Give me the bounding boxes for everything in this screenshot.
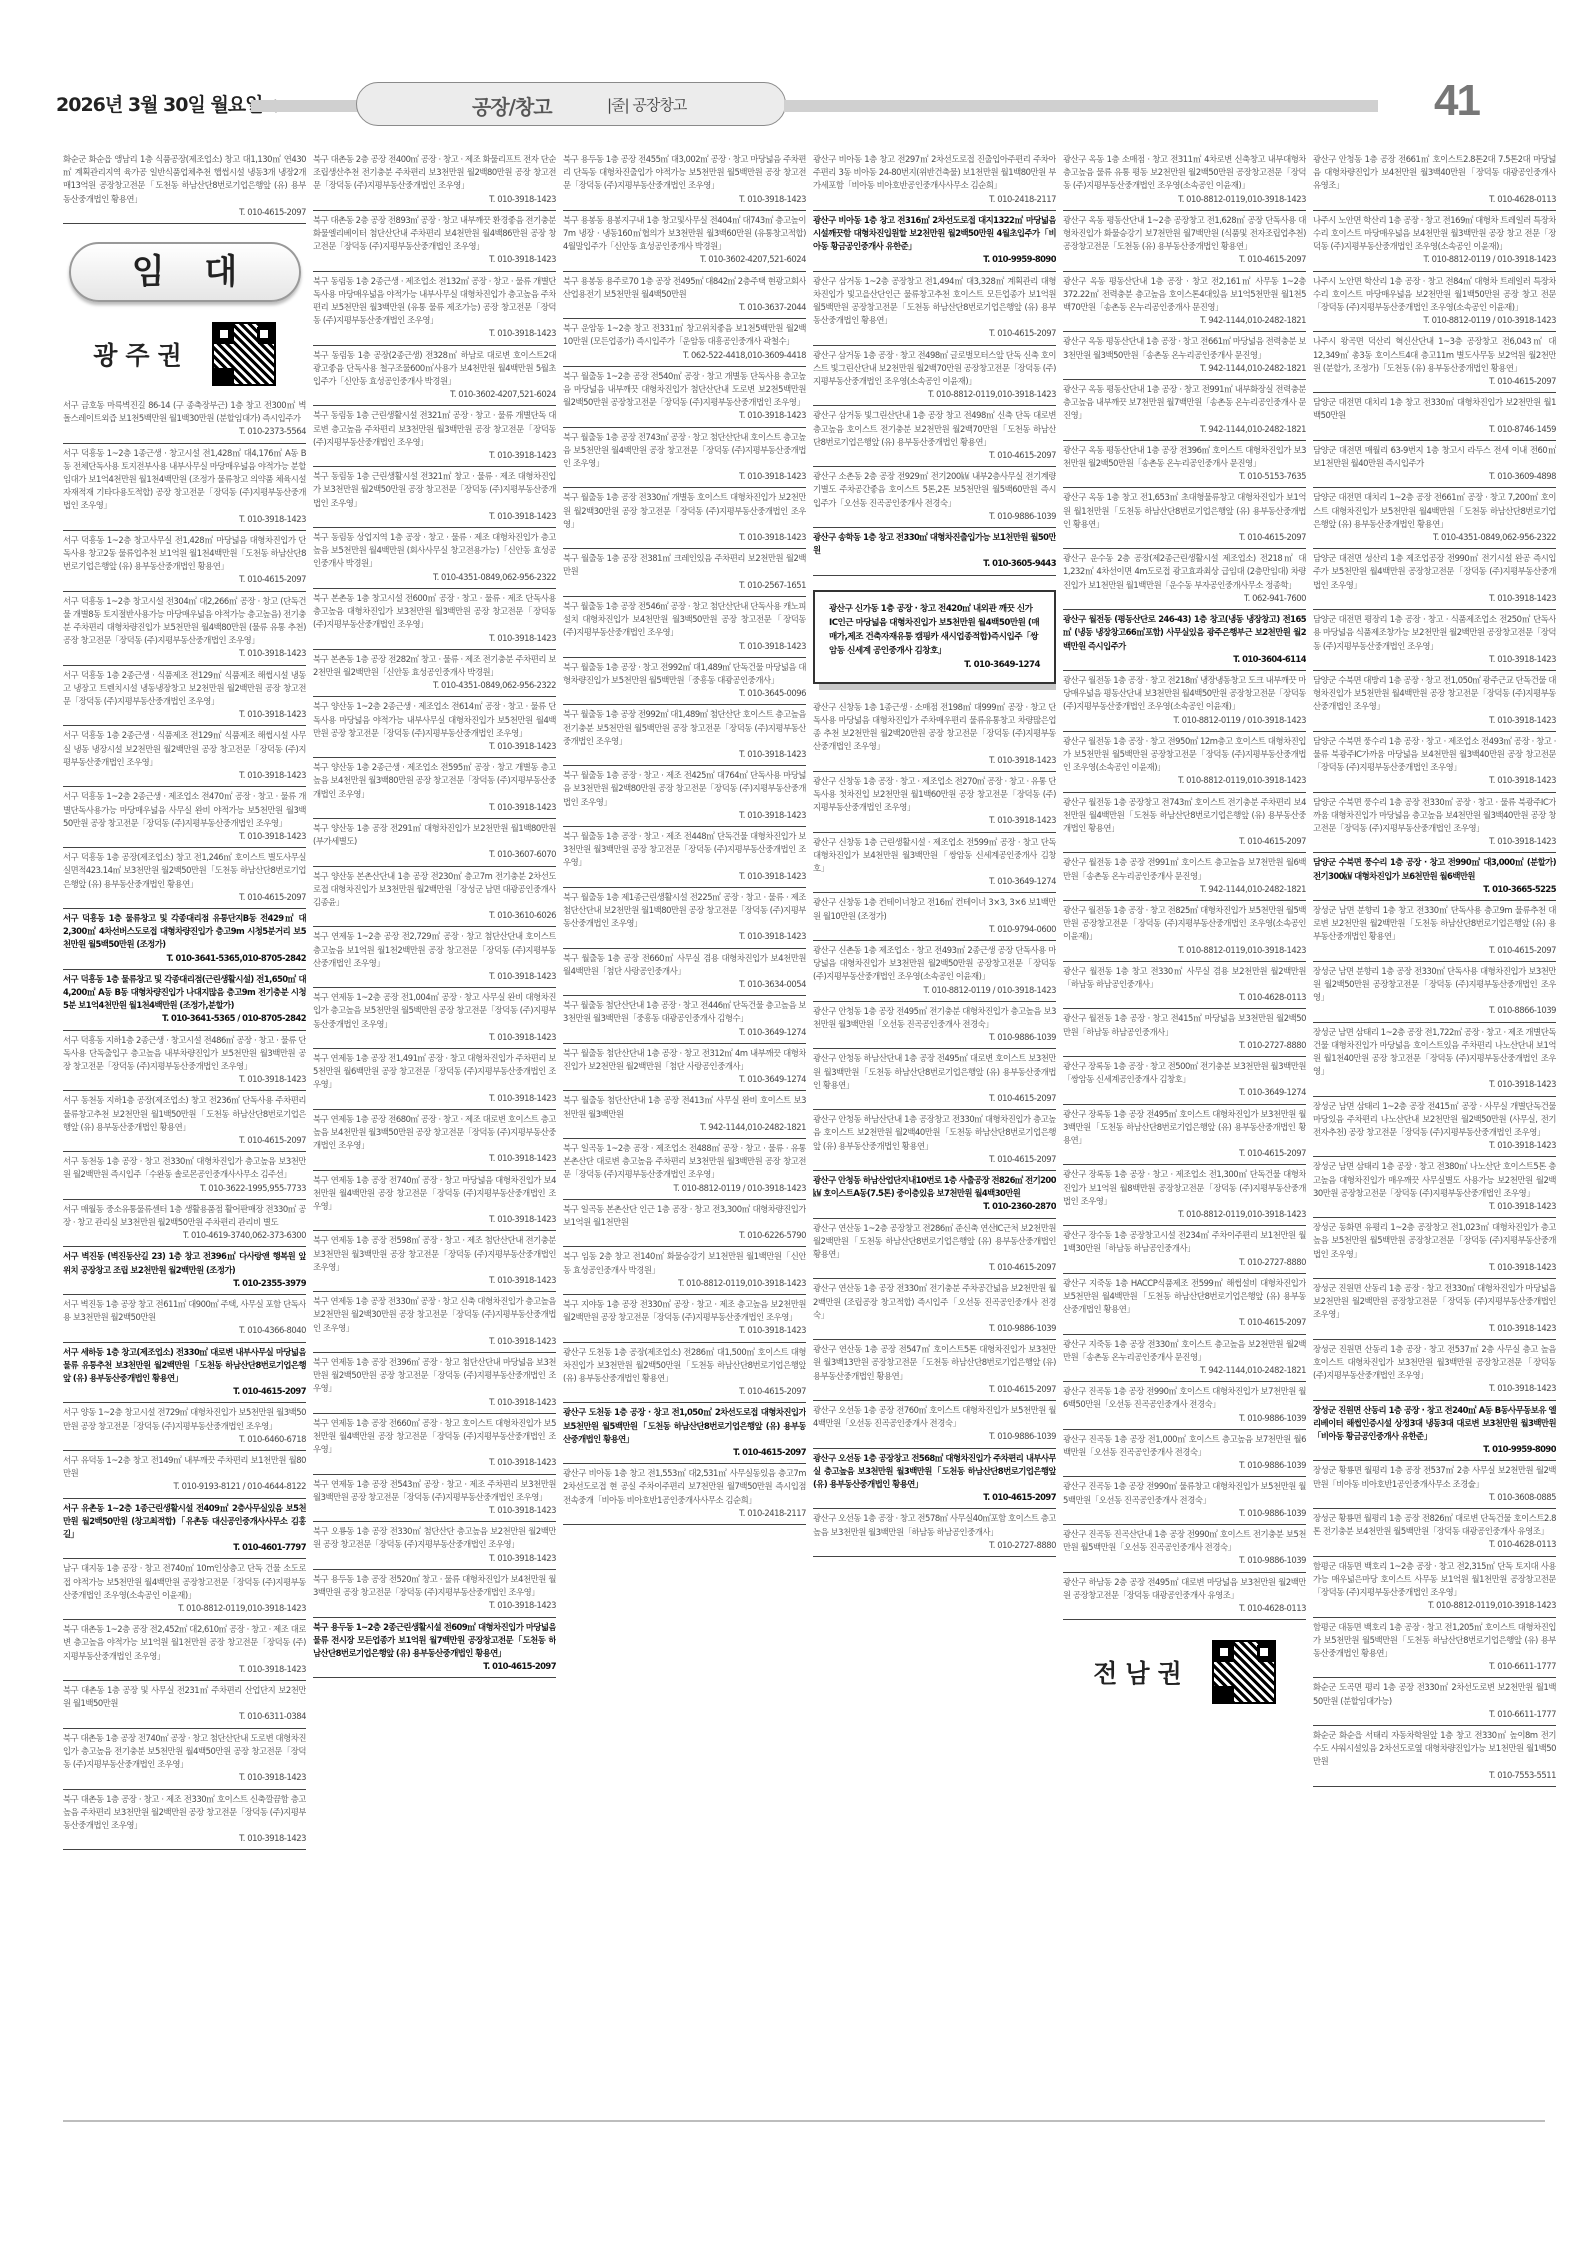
section-pill: 공장/창고 |줄| 공장창고 <box>356 82 786 126</box>
ad-phone: T. 010-3918-1423 <box>63 1771 306 1784</box>
ad-phone: T. 010-3641-5365,010-8705-2842 <box>63 952 306 965</box>
ad-text: 북구 동림동 1층 공장(2종근생) 전328㎡ 하남로 대로변 호이스트2대 … <box>313 350 556 386</box>
ad-phone: T. 010-2418-2117 <box>563 1507 806 1520</box>
ad-phone: T. 010-9886-1039 <box>1063 1507 1306 1520</box>
classified-ad: 광산구 신촌동 1층 제조업소 · 창고 전493㎡ 2종근생 공장 단독사용 … <box>813 941 1056 1002</box>
ad-text: 광산구 옥동 평동산단내 1~2층 공장창고 전1,628㎡ 공장 단독사용 대… <box>1063 215 1306 251</box>
ad-text: 서구 벽진동 1층 공장 창고 전611㎡ 대900㎡ 주택, 사무실 포함 단… <box>63 1299 306 1322</box>
classified-ad: 북구 동림동 상업지역 1층 공장 · 창고 · 물류 · 제조 대형차진입가 … <box>313 528 556 589</box>
classified-ad: 담양군 대전면 대치리 1층 창고 전330㎡ 대형차진입가 보2천만원 월1백… <box>1313 393 1556 441</box>
ad-text: 북구 연제동 1층 공장 전680㎡ 공장 · 창고 · 제조 대로변 호이스트… <box>313 1114 556 1150</box>
classified-ad: 북구 용봉동 용주로70 1층 공장 전495㎡ 대842㎡ 2층주택 현광고회… <box>563 272 806 320</box>
classified-ad: 북구 양산동 본촌산단내 1층 공장 전230㎡ 층고7m 전기충분 2차선도로… <box>313 867 556 928</box>
classified-ad: 광산구 삼거동 빛그린산단내 1층 공장 창고 전498㎡ 신축 단독 대로변 … <box>813 406 1056 467</box>
ad-phone: T. 010-2567-1651 <box>563 579 806 592</box>
ad-phone: T. 942-1144,010-2482-1821 <box>563 1121 806 1134</box>
classified-ad: 북구 연제동 1층 공장 전330㎡ 공장 · 창고 신축 대형차진입가 층고높… <box>313 1292 556 1353</box>
classified-ad: 광산구 진곡동 1층 공장 전990㎡ 호이스트 대형차진입가 보7천만원 월6… <box>1063 1382 1306 1430</box>
classified-ad: 광산구 연산동 1층 공장 전330㎡ 전기충분 주차공간넓음 보2천만원 월2… <box>813 1279 1056 1340</box>
ad-phone: T. 010-3649-1274 <box>829 658 1040 672</box>
ad-text: 광산구 옥동 1층 창고 전1,653㎡ 초대형물류창고 대형차진입가 보1억원… <box>1063 492 1306 528</box>
classified-ad: 북구 연제동 1층 공장 전660㎡ 공장 · 창고 호이스트 대형차진입가 보… <box>313 1414 556 1475</box>
ad-phone: T. 010-8812-0119,010-3918-1423 <box>1313 1599 1556 1612</box>
classified-ad: 북구 연제동 1~2층 공장 전1,004㎡ 공장 · 창고 사무실 완비 대형… <box>313 988 556 1049</box>
ad-phone: T. 010-4615-2097 <box>813 449 1056 462</box>
classified-ad: 광산구 비아동 1층 창고 전1,553㎡ 대2,531㎡ 사무실동있음 층고7… <box>563 1464 806 1525</box>
ad-text: 광산구 송학동 1층 창고 전330㎡ 대형차진출입가능 보1천만원 월50만원 <box>813 532 1056 555</box>
ad-phone: T. 010-3649-1274 <box>563 1026 806 1039</box>
classified-ad: 광산구 비아동 1층 창고 전297㎡ 2차선도로접 진출입아주편리 주차아주편… <box>813 150 1056 211</box>
classified-ad: 담양군 대전면 대치리 1~2층 공장 전661㎡ 공장 · 창고 7,200㎡… <box>1313 488 1556 549</box>
ad-text: 장성군 남면 분향리 1층 창고 전330㎡ 단독사용 층고9m 물류추천 대로… <box>1313 905 1556 941</box>
ad-phone: T. 010-3605-9443 <box>813 557 1056 570</box>
ad-text: 담양군 대전면 대치리 1~2층 공장 전661㎡ 공장 · 창고 7,200㎡… <box>1313 492 1556 528</box>
classified-ad: 북구 용두동 1~2층 2종근린생활시설 전609㎡ 대형차진입가 마당넓음 물… <box>313 1618 556 1679</box>
ad-text: 담양군 수북면 대방리 1층 공장 · 창고 전1,050㎡ 광주근교 단독건물… <box>1313 675 1556 711</box>
ad-text: 북구 오룡동 1층 공장 전330㎡ 첨단산단 층고높음 보2천만원 월2백만원… <box>313 1526 556 1549</box>
ad-text: 광산구 장수동 1층 공장창고시설 전234㎡ 주차이주편리 보1천만원 월1백… <box>1063 1230 1306 1253</box>
classified-ad: 북구 월출동 1층 공장 전743㎡ 공장 · 창고 첨단산단내 호이스트 층고… <box>563 428 806 489</box>
ad-text: 북구 대촌동 2층 공장 전400㎡ 공장 · 창고 · 제조 화물리프트 전자… <box>313 154 556 190</box>
ad-text: 서구 동천동 1층 공장 · 창고 전330㎡ 대형차진입가 층고높음 보3천만… <box>63 1156 306 1179</box>
region-name: 전남권 <box>1093 1654 1189 1690</box>
ad-phone: T. 010-3918-1423 <box>313 1396 556 1409</box>
ad-text: 함평군 대동면 백호리 1층 공장 · 창고 전1,205㎡ 호이스트 대형차진… <box>1313 1622 1556 1658</box>
qr-code-icon[interactable] <box>1212 1640 1276 1704</box>
classified-ad: 남구 대지동 1층 공장 · 창고 전740㎡ 10m인상층고 단독 건물 소도… <box>63 1559 306 1620</box>
ad-phone: T. 942-1144,010-2482-1821 <box>1063 883 1306 896</box>
ad-text: 북구 일곡동 본촌산단 인근 1층 공장 · 창고 전3,300㎡ 대형차량진입… <box>563 1204 806 1227</box>
classified-ad: 장성군 진원면 산동리 1층 공장 · 창고 전537㎡ 2층 사무실 층고 높… <box>1313 1340 1556 1401</box>
classified-ad: 북구 대촌동 1층 공장 및 사무실 전231㎡ 주차편리 산업단지 보2천만원… <box>63 1681 306 1729</box>
classified-ad: 북구 본촌동 1층 창고시설 전600㎡ 공장 · 창고 · 물류 · 제조 단… <box>313 589 556 650</box>
classified-ad: 나주시 왕곡면 덕산리 혁신산단내 1~3층 공장창고 전6,043㎡ 대12,… <box>1313 332 1556 393</box>
classified-ad: 광산구 도천동 1층 공장 · 창고 전1,050㎡ 2차선도로접 대형차진입가… <box>563 1403 806 1464</box>
ad-phone: T. 010-6226-5790 <box>563 1229 806 1242</box>
ad-phone: T. 010-4619-3740,062-373-6300 <box>63 1229 306 1242</box>
ad-phone: T. 010-3918-1423 <box>313 1213 556 1226</box>
ad-text: 북구 월출동 1층 제1종근린생활시설 전225㎡ 공장 · 창고 · 물류 ·… <box>563 892 806 928</box>
ad-phone: T. 010-3918-1423 <box>1313 1322 1556 1335</box>
ad-phone: T. 010-3918-1423 <box>313 1456 556 1469</box>
classified-ad: 서구 유촌동 1~2층 1종근린생활시설 전409㎡ 2층사무실있음 보5천만원… <box>63 1499 306 1560</box>
ad-text: 함평군 대동면 백호리 1~2층 공장 · 창고 전2,315㎡ 단독 토지대 … <box>1313 1561 1556 1597</box>
classified-ad: 서구 덕흥동 1~2층 1종근생 · 창고시설 전1,428㎡ 대4,176㎡ … <box>63 444 306 531</box>
ad-phone: T. 010-4615-2097 <box>1063 531 1306 544</box>
classified-ad: 광산구 옥동 평동산단내 1층 공장 · 창고 전991㎡ 내부화장실 전력충분… <box>1063 380 1306 441</box>
classified-ad: 광산구 송학동 1층 창고 전330㎡ 대형차진출입가능 보1천만원 월50만원… <box>813 528 1056 576</box>
ad-phone: T. 010-3918-1423 <box>1313 1382 1556 1395</box>
classified-ad: 광산구 하남동 2층 공장 전495㎡ 대로변 마당넓음 보3천만원 월2백만원… <box>1063 1573 1306 1621</box>
classified-ad: 서구 유덕동 1~2층 창고 전149㎡ 내부깨끗 주차편리 보1천만원 월80… <box>63 1451 306 1499</box>
region-header-jeonnam: 전남권 <box>1063 1634 1306 1710</box>
classified-ad: 장성군 남면 삼태리 1~2층 공장 전1,722㎡ 공장 · 창고 · 제조 … <box>1313 1023 1556 1097</box>
ad-text: 북구 지야동 1층 공장 전330㎡ 공장 · 창고 · 제조 층고높음 보2천… <box>563 1299 806 1322</box>
ad-phone: T. 010-3918-1423 <box>563 193 806 206</box>
classified-ad: 북구 연제동 1층 공장 전1,491㎡ 공장 · 창고 대형차진입가 주차편리… <box>313 1049 556 1110</box>
classified-ad: 북구 연제동 1층 공장 전680㎡ 공장 · 창고 · 제조 대로변 호이스트… <box>313 1110 556 1171</box>
ad-phone: T. 010-2727-8880 <box>1063 1256 1306 1269</box>
ad-text: 장성군 황룡면 월평리 1층 공장 전537㎡ 2층 사무실 보2천만원 월2백… <box>1313 1465 1556 1488</box>
ad-text: 광산구 도천동 1층 공장 · 창고 전1,050㎡ 2차선도로접 대형차진입가… <box>563 1407 806 1443</box>
classified-ad: 서구 동천동 지하1층 공장(제조업소) 창고 전236㎡ 단독사용 주차편리 … <box>63 1091 306 1152</box>
qr-code-icon[interactable] <box>212 322 276 386</box>
ad-text: 서구 덕흥동 1층 물류창고 및 각종대리점 유통단지B동 전429㎡ 대2,3… <box>63 913 306 949</box>
classified-ad: 담양군 수북면 풍수리 1층 공장 전330㎡ 공장 · 창고 · 물류 북광주… <box>1313 793 1556 854</box>
ad-phone: T. 010-5153-7635 <box>1063 470 1306 483</box>
ad-text: 북구 월출동 1~2층 공장 전540㎡ 공장 · 창고 개별동 단독사용 층고… <box>563 371 806 407</box>
ad-text: 담양군 수북면 풍수리 1층 공장 전330㎡ 공장 · 창고 · 물류 북광주… <box>1313 797 1556 833</box>
classified-ad: 광산구 옥동 1층 소매점 · 창고 전311㎡ 4차로변 신축창고 내부대형차… <box>1063 150 1306 211</box>
classified-ad: 광산구 도천동 1층 공장(제조업소) 전286㎡ 대1,500㎡ 호이스트 대… <box>563 1343 806 1404</box>
classified-ad: 담양군 수북면 풍수리 1층 공장 · 창고 · 제조업소 전493㎡ 공장 ·… <box>1313 732 1556 793</box>
lease-section-badge: 임 대 <box>69 242 301 302</box>
ad-text: 서구 동천동 지하1층 공장(제조업소) 창고 전236㎡ 단독사용 주차편리 … <box>63 1095 306 1131</box>
ad-text: 북구 용봉동 용봉지구내 1층 창고및사무실 전404㎡ 대743㎡ 층고높이7… <box>563 215 806 251</box>
classified-ad: 광산구 월전동 1층 공장 전991㎡ 호이스트 층고높음 보7천만원 월6백만… <box>1063 853 1306 901</box>
ad-phone: T. 010-4628-0113 <box>1313 193 1556 206</box>
classified-ad: 장성군 남면 삼태리 1층 공장 · 창고 전380㎡ 나노산단 호이스트5톤 … <box>1313 1157 1556 1218</box>
ad-phone: T. 010-8866-1039 <box>1313 1004 1556 1017</box>
ad-phone: T. 010-4615-2097 <box>813 327 1056 340</box>
ad-phone: T. 010-3918-1423 <box>313 1152 556 1165</box>
ad-phone: T. 010-3918-1423 <box>313 449 556 462</box>
ad-text: 광산구 지죽동 1층 공장 전330㎡ 호이스트 층고높음 보2천만원 월2백만… <box>1063 1339 1306 1362</box>
classified-ad: 북구 연제동 1층 공장 전598㎡ 공장 · 창고 · 제조 첨단산단내 전기… <box>313 1231 556 1292</box>
ad-text: 북구 연제동 1층 공장 전660㎡ 공장 · 창고 호이스트 대형차진입가 보… <box>313 1418 556 1454</box>
ad-phone: T. 942-1144,010-2482-1821 <box>1063 362 1306 375</box>
ad-text: 광산구 옥동 평동산단내 1층 공장 · 창고 전661㎡ 마당넓음 전력충분 … <box>1063 336 1306 359</box>
ad-text: 광산구 신창동 1층 1종근생 · 소매점 전198㎡ 대999㎡ 공장 · 창… <box>813 702 1056 752</box>
column-3: 북구 용두동 1층 공장 전455㎡ 대3,002㎡ 공장 · 창고 마당넓음 … <box>563 150 806 2100</box>
ad-phone: T. 010-3918-1423 <box>313 970 556 983</box>
ad-phone: T. 010-4601-7797 <box>63 1541 306 1554</box>
classified-ad: 북구 양산동 1층 2종근생 · 제조업소 전595㎡ 공장 · 창고 개별동 … <box>313 758 556 819</box>
ad-phone: T. 010-6611-1777 <box>1313 1660 1556 1673</box>
classified-ad: 광산구 옥동 평동산단내 1층 공장 · 창고 전661㎡ 마당넓음 전력충분 … <box>1063 332 1306 380</box>
ad-text: 북구 운암동 1~2층 창고 전331㎡ 창고위치좋음 보1천5백만원 월2백1… <box>563 323 806 346</box>
classified-ad: 북구 월출동 1~2층 공장 전540㎡ 공장 · 창고 개별동 단독사용 층고… <box>563 367 806 428</box>
ad-text: 남구 대지동 1층 공장 · 창고 전740㎡ 10m인상층고 단독 건물 소도… <box>63 1563 306 1599</box>
classified-ad: 북구 월출동 1층 공장 · 창고 · 제조 전448㎡ 단독건물 대형차진입가… <box>563 827 806 888</box>
classified-ad: 광산구 장수동 1층 공장창고시설 전234㎡ 주차이주편리 보1천만원 월1백… <box>1063 1226 1306 1274</box>
ad-phone: T. 010-3649-1274 <box>813 875 1056 888</box>
classified-ad: 광산구 월전동 (평동산단로 246-43) 1층 창고(냉동 냉장창고) 전1… <box>1063 610 1306 671</box>
ad-phone: T. 010-2418-2117 <box>813 193 1056 206</box>
ad-text: 광산구 신창동 1층 공장 · 창고 · 제조업소 전270㎡ 공장 · 창고 … <box>813 776 1056 812</box>
ad-phone: T. 010-4351-0849,062-956-2322 <box>1313 531 1556 544</box>
classified-ad: 광산구 옥동 평동산단내 1~2층 공장창고 전1,628㎡ 공장 단독사용 대… <box>1063 211 1306 272</box>
ad-phone: T. 010-3918-1423 <box>563 870 806 883</box>
classified-ad: 북구 일곡동 1~2층 공장 · 제조업소 전488㎡ 공장 · 창고 · 물류… <box>563 1139 806 1200</box>
ad-phone: T. 010-3918-1423 <box>1313 653 1556 666</box>
classified-ad: 북구 대촌동 1층 공장 · 창고 · 제조 전330㎡ 호이스트 신축깔끔함 … <box>63 1790 306 1851</box>
region-header-gwangju: 광주권 <box>63 316 306 392</box>
classified-ad: 북구 월출동 첨단산단내 1층 공장 · 창고 전446㎡ 단독건물 층고높음 … <box>563 996 806 1044</box>
ad-phone: T. 010-3918-1423 <box>63 1832 306 1845</box>
ad-phone: T. 010-8812-0119 / 010-3918-1423 <box>813 984 1056 997</box>
column-2: 북구 대촌동 2층 공장 전400㎡ 공장 · 창고 · 제조 화물리프트 전자… <box>313 150 556 2100</box>
column-4: 광산구 비아동 1층 창고 전297㎡ 2차선도로접 진출입아주편리 주차아주편… <box>813 150 1056 2100</box>
ad-text: 광산구 안청동 하남산단내 1층 공장 전495㎡ 대로변 호이스트 보3천만원… <box>813 1053 1056 1089</box>
ad-phone: T. 010-3918-1423 <box>63 708 306 721</box>
ad-phone: T. 010-4628-0113 <box>1063 991 1306 1004</box>
ad-phone: T. 942-1144,010-2482-1821 <box>1063 314 1306 327</box>
ad-phone: T. 010-3918-1423 <box>313 1092 556 1105</box>
classified-ad: 담양군 대전면 성산리 1층 제조업공장 전990㎡ 전기시설 완공 즉시입주가… <box>1313 549 1556 610</box>
classified-ad: 북구 월출동 1층 공장 · 창고 · 제조 전425㎡ 대764㎡ 단독사용 … <box>563 766 806 827</box>
ad-phone: T. 010-3918-1423 <box>563 409 806 422</box>
ad-text: 북구 동림동 상업지역 1층 공장 · 창고 · 물류 · 제조 대형차진입가 … <box>313 532 556 568</box>
classified-ad: 광산구 삼거동 1~2층 공장창고 전1,494㎡ 대3,328㎡ 계획관리 대… <box>813 272 1056 346</box>
ad-text: 북구 대촌동 1층 공장 및 사무실 전231㎡ 주차편리 산업단지 보2천만원… <box>63 1685 306 1708</box>
ad-phone: T. 010-4615-2097 <box>813 1092 1056 1105</box>
ad-text: 북구 동림동 1층 2종근생 · 제조업소 전132㎡ 공장 · 창고 · 물류… <box>313 276 556 326</box>
ad-phone: T. 010-3918-1423 <box>63 1663 306 1676</box>
ad-phone: T. 010-4615-2097 <box>1063 1316 1306 1329</box>
classified-ad: 서구 덕흥동 1~2층 창고사무실 전1,428㎡ 마당넓음 대형차진입가 단독… <box>63 531 306 592</box>
ad-text: 광산구 월전동 1층 공장 전991㎡ 호이스트 층고높음 보7천만원 월6백만… <box>1063 857 1306 880</box>
ad-phone: T. 010-8812-0119,010-3918-1423 <box>813 388 1056 401</box>
section-subtitle: |줄| 공장창고 <box>607 94 686 115</box>
ad-text: 광산구 월전동 1층 공장 · 창고 전825㎡ 대형차진입가 보5천만원 월5… <box>1063 905 1306 941</box>
ad-phone: T. 010-3918-1423 <box>1313 774 1556 787</box>
ad-text: 장성군 남면 삼태리 1~2층 공장 전415㎡ 공장 · 사무실 개별단독건물… <box>1313 1101 1556 1137</box>
classified-ad: 광산구 안청동 하남산단내 1층 공장 전495㎡ 대로변 호이스트 보3천만원… <box>813 1049 1056 1110</box>
classified-ad: 북구 월출동 1층 공장 전381㎡ 크레인있음 주차편리 보2천만원 월2백만… <box>563 549 806 597</box>
ad-phone: T. 010-8812-0119,010-3918-1423 <box>1063 193 1306 206</box>
ad-text: 담양군 대전면 성산리 1층 제조업공장 전990㎡ 전기시설 완공 즉시입주가… <box>1313 553 1556 589</box>
ad-text: 광산구 지죽동 1층 HACCP식품제조 전599㎡ 해썹설비 대형차진입가 보… <box>1063 1278 1306 1314</box>
ad-text: 광산구 연산동 1~2층 공장창고 전286㎡ 준신축 연산IC근처 보2천만원… <box>813 1223 1056 1259</box>
classified-ad: 북구 용두동 1층 공장 전520㎡ 창고 · 물류 대형차진입가 보4천만원 … <box>313 1570 556 1618</box>
classified-ad: 서구 세하동 1층 창고(제조업소) 전330㎡ 대로변 내부사무실 마당넓음 … <box>63 1343 306 1404</box>
classified-ad: 서구 양동 1~2층 창고시설 전729㎡ 대형차진입가 보5천만원 월3백50… <box>63 1403 306 1451</box>
ad-phone: T. 010-3918-1423 <box>63 830 306 843</box>
classified-ad: 북구 지야동 1층 공장 전330㎡ 공장 · 창고 · 제조 층고높음 보2천… <box>563 1295 806 1343</box>
ad-phone: T. 010-8812-0119,010-3918-1423 <box>563 1277 806 1290</box>
ad-text: 북구 연제동 1층 공장 전396㎡ 공장 · 창고 첨단산단내 마당넓음 보3… <box>313 1357 556 1393</box>
ad-phone: T. 010-3645-0096 <box>563 687 806 700</box>
ad-phone: T. 010-3641-5365 / 010-8705-2842 <box>63 1012 306 1025</box>
ad-text: 나주시 왕곡면 덕산리 혁신산단내 1~3층 공장창고 전6,043㎡ 대12,… <box>1313 336 1556 372</box>
classified-ad: 서구 덕흥동 지하1층 2종근생 · 창고시설 전486㎡ 공장 · 창고 · … <box>63 1031 306 1092</box>
ad-phone: T. 010-3610-6026 <box>313 909 556 922</box>
ad-phone: T. 010-3604-6114 <box>1063 653 1306 666</box>
ad-text: 북구 월출동 1층 공장 전660㎡ 사무실 겸용 대형차진입가 보4천만원 월… <box>563 953 806 976</box>
ad-phone: T. 010-4615-2097 <box>563 1385 806 1398</box>
classified-ad: 광산구 안청동 1층 공장 전495㎡ 전기충분 대형차진입가 층고높음 보3천… <box>813 1002 1056 1050</box>
ad-text: 북구 월출동 1층 공장 전381㎡ 크레인있음 주차편리 보2천만원 월2백만… <box>563 553 806 576</box>
classified-ad: 광산구 지죽동 1층 공장 전330㎡ 호이스트 층고높음 보2천만원 월2백만… <box>1063 1335 1306 1383</box>
ad-phone: T. 010-3918-1423 <box>63 1073 306 1086</box>
classified-ad: 북구 월출동 1층 공장 전992㎡ 대1,489㎡ 첨단산단 호이스트 층고높… <box>563 705 806 766</box>
classified-ad: 광산구 장록동 1층 공장 · 창고 전500㎡ 전기충분 보3천만원 월3백만… <box>1063 1057 1306 1105</box>
ad-phone: T. 010-3918-1423 <box>563 930 806 943</box>
classified-ad: 북구 월출동 1층 제1종근린생활시설 전225㎡ 공장 · 창고 · 물류 ·… <box>563 888 806 949</box>
classified-ad: 북구 연제동 1층 공장 전543㎡ 공장 · 창고 · 제조 주차편리 보3천… <box>313 1475 556 1523</box>
ad-phone: T. 010-3918-1423 <box>1313 1200 1556 1213</box>
ad-text: 북구 연제동 1층 공장 전1,491㎡ 공장 · 창고 대형차진입가 주차편리… <box>313 1053 556 1089</box>
ad-phone: T. 010-9193-8121 / 010-4644-8122 <box>63 1480 306 1493</box>
classified-ad: 서구 벽진동 1층 공장 창고 전611㎡ 대900㎡ 주택, 사무실 포함 단… <box>63 1295 306 1343</box>
classified-ad: 광산구 신창동 1층 1종근생 · 소매점 전198㎡ 대999㎡ 공장 · 창… <box>813 698 1056 772</box>
ad-phone: T. 010-3602-4207,521-6024 <box>563 253 806 266</box>
ad-phone: T. 010-4351-0849,062-956-2322 <box>313 571 556 584</box>
classified-ad: 광산구 장록동 1층 공장 전495㎡ 호이스트 대형차진입가 보3천만원 월3… <box>1063 1105 1306 1166</box>
ad-phone: T. 010-8812-0119,010-3918-1423 <box>1063 944 1306 957</box>
ad-text: 광산구 도천동 1층 공장(제조업소) 전286㎡ 대1,500㎡ 호이스트 대… <box>563 1347 806 1383</box>
ad-phone: T. 010-6460-6718 <box>63 1433 306 1446</box>
ad-phone: T. 010-4615-2097 <box>313 1660 556 1673</box>
ad-text: 북구 대촌동 1층 공장 전740㎡ 공장 · 창고 첨단산단내 도로변 대형차… <box>63 1733 306 1769</box>
header-rule-left <box>251 100 361 112</box>
ad-phone: T. 010-2360-2870 <box>813 1200 1056 1213</box>
ad-text: 광산구 오선동 1층 공장창고 전568㎡ 대형차진입가 주차편리 내부사무실 … <box>813 1453 1056 1489</box>
ad-phone: T. 010-4615-2097 <box>813 1261 1056 1274</box>
classified-ad: 화순군 화순읍 앵남리 1층 식품공장(제조업소) 창고 대1,130㎡ 연43… <box>63 150 306 224</box>
ad-phone: T. 010-3918-1423 <box>1313 1078 1556 1091</box>
featured-boxed-ad: 광산구 신가동 1층 공장 · 창고 전420㎡ 내외관 깨끗 신가IC인근 마… <box>813 590 1056 684</box>
classified-ad: 광산구 연산동 1층 공장 전547㎡ 호이스트5톤 대형차진입가 보3천만원 … <box>813 1340 1056 1401</box>
classified-ad: 북구 동림동 1층 근린생활시설 전321㎡ 창고 · 물류 · 제조 대형차진… <box>313 467 556 528</box>
ad-text: 서구 덕흥동 1~2층 2종근생 · 제조업소 전470㎡ 공장 · 창고 · … <box>63 791 306 827</box>
ad-phone: T. 010-3918-1423 <box>313 1504 556 1517</box>
ad-phone: T. 010-3649-1274 <box>563 1073 806 1086</box>
classified-ad: 북구 대촌동 1~2층 공장 전2,452㎡ 대2,610㎡ 공장 · 창고 ·… <box>63 1620 306 1681</box>
ad-text: 서구 덕흥동 1층 2종근생 · 식품제조 전129㎡ 식품제조 해썹시설 냉동… <box>63 670 306 706</box>
classified-ad: 광산구 안청동 하남산업단지내10번로 1층 사출공장 전826㎡ 전기200㎾… <box>813 1171 1056 1219</box>
ad-text: 북구 월출동 첨단산단내 1층 공장 전413㎡ 사무실 완비 호이스트 보3천… <box>563 1095 806 1118</box>
ad-text: 광산구 월전동 (평동산단로 246-43) 1층 창고(냉동 냉장창고) 전1… <box>1063 614 1306 650</box>
ad-phone: T. 010-4351-0849,062-956-2322 <box>313 679 556 692</box>
ad-phone: T. 010-8812-0119 / 010-3918-1423 <box>1313 253 1556 266</box>
ad-text: 북구 본촌동 1층 공장 전282㎡ 창고 · 물류 · 제조 전기충분 주차편… <box>313 654 556 677</box>
classified-ad: 북구 본촌동 1층 공장 전282㎡ 창고 · 물류 · 제조 전기충분 주차편… <box>313 650 556 698</box>
ad-text: 북구 용봉동 용주로70 1층 공장 전495㎡ 대842㎡ 2층주택 현광고회… <box>563 276 806 299</box>
classified-ad: 광산구 신창동 1층 공장 · 창고 · 제조업소 전270㎡ 공장 · 창고 … <box>813 772 1056 833</box>
classified-ad: 서구 덕흥동 1~2층 창고시설 전304㎡ 대2,266㎡ 공장 · 창고 (… <box>63 592 306 666</box>
classified-ad: 광산구 옥동 1층 창고 전1,653㎡ 초대형물류창고 대형차진입가 보1억원… <box>1063 488 1306 549</box>
classified-ad: 북구 동림동 1층 2종근생 · 제조업소 전132㎡ 공장 · 창고 · 물류… <box>313 272 556 346</box>
ad-phone: T. 010-3918-1423 <box>313 1552 556 1565</box>
classified-ad: 북구 월출동 첨단산단내 1층 공장 전413㎡ 사무실 완비 호이스트 보3천… <box>563 1091 806 1139</box>
ad-phone: T. 010-3918-1423 <box>1313 1261 1556 1274</box>
ad-phone: T. 010-4615-2097 <box>813 1491 1056 1504</box>
ad-phone: T. 010-8812-0119 / 010-3918-1423 <box>1063 714 1306 727</box>
ad-phone: T. 010-3918-1423 <box>63 647 306 660</box>
ad-text: 북구 용두동 1층 공장 전455㎡ 대3,002㎡ 공장 · 창고 마당넓음 … <box>563 154 806 190</box>
classified-ad: 함평군 대동면 백호리 1~2층 공장 · 창고 전2,315㎡ 단독 토지대 … <box>1313 1557 1556 1618</box>
ad-phone: T. 010-3918-1423 <box>813 754 1056 767</box>
ad-text: 화순군 화순읍 앵남리 1층 식품공장(제조업소) 창고 대1,130㎡ 연43… <box>63 154 306 204</box>
ad-text: 서구 세하동 1층 창고(제조업소) 전330㎡ 대로변 내부사무실 마당넓음 … <box>63 1347 306 1383</box>
ad-phone: T. 010-9886-1039 <box>1063 1412 1306 1425</box>
ad-text: 광산구 삼거동 빛그린산단내 1층 공장 창고 전498㎡ 신축 단독 대로변 … <box>813 410 1056 446</box>
classified-ad: 광산구 안청동 1층 공장 전661㎡ 호이스트2.8톤2대 7.5톤2대 마당… <box>1313 150 1556 211</box>
ad-text: 광산구 오선동 1층 공장 · 창고 전578㎡ 사무실40㎡포함 호이스트 층… <box>813 1513 1056 1536</box>
ad-text: 서구 유덕동 1~2층 창고 전149㎡ 내부깨끗 주차편리 보1천만원 월80… <box>63 1455 306 1478</box>
classified-ad: 화순군 화순읍 서태리 자동차학원앞 1층 창고 전330㎡ 높이8m 전기 수… <box>1313 1726 1556 1787</box>
ad-text: 서구 유촌동 1~2층 1종근린생활시설 전409㎡ 2층사무실있음 보5천만원… <box>63 1503 306 1539</box>
ad-text: 북구 양산동 1층 2종근생 · 제조업소 전595㎡ 공장 · 창고 개별동 … <box>313 762 556 798</box>
ad-text: 장성군 동화면 유평리 1~2층 공장창고 전1,023㎡ 대형차진입가 층고높… <box>1313 1222 1556 1258</box>
ad-phone: T. 010-4615-2097 <box>1063 1147 1306 1160</box>
ad-text: 북구 대촌동 2층 공장 전893㎡ 공장 · 창고 내부깨끗 환경좋음 전기충… <box>313 215 556 251</box>
ad-text: 광산구 월전동 1층 창고 전330㎡ 사무실 겸용 보2천만원 월2백만원「하… <box>1063 966 1306 989</box>
ad-phone: T. 010-4615-2097 <box>1313 944 1556 957</box>
classified-ad: 광산구 옥동 평동산단내 1층 공장 · 창고 전2,161㎡ 사무동 1~2층… <box>1063 272 1306 333</box>
ad-phone: T. 942-1144,010-2482-1821 <box>1063 1364 1306 1377</box>
ad-text: 광산구 옥동 평동산단내 1층 공장 · 창고 전991㎡ 내부화장실 전력충분… <box>1063 384 1306 420</box>
classified-ad: 광산구 오선동 1층 공장 전760㎡ 호이스트 대형차진입가 보5천만원 월4… <box>813 1401 1056 1449</box>
ad-text: 장성군 남면 삼태리 1층 공장 · 창고 전380㎡ 나노산단 호이스트5톤 … <box>1313 1161 1556 1197</box>
ad-text: 담양군 대전면 평장리 1층 공장 · 창고 · 식품제조업소 전250㎡ 단독… <box>1313 614 1556 650</box>
ad-phone: T. 010-9886-1039 <box>1063 1459 1306 1472</box>
ad-text: 광산구 안청동 하남산단내 1층 공장창고 전330㎡ 대형차진입가 층고높음 … <box>813 1114 1056 1150</box>
ad-phone: T. 010-3918-1423 <box>63 769 306 782</box>
classified-ad: 서구 매월동 중소유통물류센터 1층 생활용품점 활어판매장 전330㎡ 공장 … <box>63 1200 306 1248</box>
ad-phone: T. 942-1144,010-2482-1821 <box>1063 423 1306 436</box>
classified-ad: 북구 용두동 1층 공장 전455㎡ 대3,002㎡ 공장 · 창고 마당넓음 … <box>563 150 806 211</box>
ad-text: 광산구 진곡동 1층 공장 전990㎡ 호이스트 대형차진입가 보7천만원 월6… <box>1063 1386 1306 1409</box>
ad-phone: T. 010-9886-1039 <box>1063 1554 1306 1567</box>
ad-text: 광산구 하남동 2층 공장 전495㎡ 대로변 마당넓음 보3천만원 월2백만원… <box>1063 1577 1306 1600</box>
classified-ad: 광산구 월전동 1층 공장창고 전743㎡ 호이스트 전기충분 주차편리 보4천… <box>1063 793 1306 854</box>
classified-ad: 광산구 옥동 평동산단내 1층 공장 전396㎡ 호이스트 대형차진입가 보3천… <box>1063 441 1306 489</box>
ad-text: 광산구 오선동 1층 공장 전760㎡ 호이스트 대형차진입가 보5천만원 월4… <box>813 1405 1056 1428</box>
ad-phone: T. 010-8812-0119 / 010-3918-1423 <box>1313 314 1556 327</box>
ad-phone: T. 010-8812-0119,010-3918-1423 <box>63 1602 306 1615</box>
ad-text: 북구 월출동 1층 공장 전992㎡ 대1,489㎡ 첨단산단 호이스트 층고높… <box>563 709 806 745</box>
ad-phone: T. 010-3918-1423 <box>313 632 556 645</box>
ad-phone: T. 010-3918-1423 <box>563 748 806 761</box>
ad-phone: T. 010-9886-1039 <box>813 510 1056 523</box>
ad-phone: T. 010-3608-0885 <box>1313 1491 1556 1504</box>
ad-phone: T. 010-4615-2097 <box>1063 835 1306 848</box>
ad-phone: T. 010-4615-2097 <box>813 1383 1056 1396</box>
ad-phone: T. 010-3918-1423 <box>563 809 806 822</box>
ad-text: 광산구 월전동 1층 공장 · 창고 전218㎡ 냉장냉동창고 도크 내부깨끗 … <box>1063 675 1306 711</box>
classified-ad: 서구 덕흥동 1층 2종근생 · 식품제조 전129㎡ 식품제조 해썹시설 냉동… <box>63 666 306 727</box>
classified-ad: 담양군 수북면 대방리 1층 공장 · 창고 전1,050㎡ 광주근교 단독건물… <box>1313 671 1556 732</box>
ad-text: 북구 대촌동 1층 공장 · 창고 · 제조 전330㎡ 호이스트 신축깔끔함 … <box>63 1794 306 1830</box>
classified-ad: 북구 월출동 첨단산단내 1층 공장 · 창고 전312㎡ 4m 내부깨끗 대형… <box>563 1044 806 1092</box>
classified-ad: 광산구 월전동 1층 공장 · 창고 전415㎡ 마당넓음 보3천만원 월2백5… <box>1063 1009 1306 1057</box>
ad-text: 북구 용두동 1층 공장 전520㎡ 창고 · 물류 대형차진입가 보4천만원 … <box>313 1574 556 1597</box>
ad-text: 담양군 수북면 풍수리 1층 공장 · 창고 전990㎡ 대3,000㎡ (분할… <box>1313 857 1556 880</box>
ad-phone: T. 010-9886-1039 <box>813 1430 1056 1443</box>
ad-phone: T. 010-4615-2097 <box>1063 253 1306 266</box>
ad-phone: T. 010-7553-5511 <box>1313 1769 1556 1782</box>
column-5: 광산구 옥동 1층 소매점 · 창고 전311㎡ 4차로변 신축창고 내부대형차… <box>1063 150 1306 2100</box>
ad-phone: T. 010-4628-0113 <box>1063 1602 1306 1615</box>
classified-ad: 서구 벽진동 (벽진동산길 23) 1층 창고 전396㎡ 다사랑앤 행복원 앞… <box>63 1247 306 1295</box>
section-title: 공장/창고 <box>472 91 552 120</box>
ad-phone: T. 010-4628-0113 <box>1313 1538 1556 1551</box>
ad-phone: T. 010-4615-2097 <box>63 891 306 904</box>
ad-text: 북구 연제동 1층 공장 전740㎡ 공장 · 창고 마당넓음 대형차진입가 보… <box>313 1175 556 1211</box>
ad-text: 광산구 연산동 1층 공장 전330㎡ 전기충분 주차공간넓음 보2천만원 월2… <box>813 1283 1056 1319</box>
classified-ad: 광산구 소촌동 2층 공장 전929㎡ 전기200㎾ 내부2층사무실 전기계량기… <box>813 467 1056 528</box>
ad-text: 광산구 비아동 1층 창고 전297㎡ 2차선도로접 진출입아주편리 주차아주편… <box>813 154 1056 190</box>
ad-text: 광산구 연산동 1층 공장 전547㎡ 호이스트5톤 대형차진입가 보3천만원 … <box>813 1344 1056 1380</box>
ad-text: 북구 월출동 1층 공장 전330㎡ 개별동 호이스트 대형차진입가 보2천만원… <box>563 492 806 528</box>
ad-text: 장성군 진원면 산동리 1층 공장 · 창고 전330㎡ 대형차진입가 마당넓음… <box>1313 1283 1556 1319</box>
ad-phone: T. 010-3918-1423 <box>813 814 1056 827</box>
classified-ad: 서구 금호동 마륵벽진길 86-14 (구 종축장부근) 1층 창고 전300㎡… <box>63 396 306 444</box>
ad-text: 서구 금호동 마륵벽진길 86-14 (구 종축장부근) 1층 창고 전300㎡… <box>63 400 306 423</box>
